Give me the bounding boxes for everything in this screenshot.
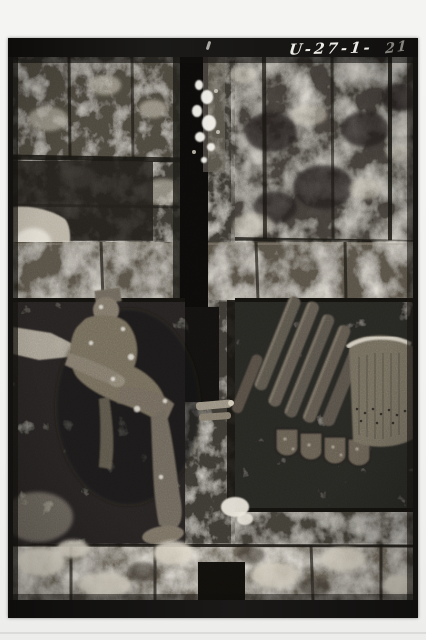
catalog-number: U-27-1- <box>288 38 374 58</box>
film-scratch-mark <box>206 41 212 50</box>
photo-annotation: U-27-1- 21 <box>288 36 408 58</box>
scan-artifact-line <box>0 632 426 634</box>
print-number: 21 <box>384 38 408 57</box>
photo-mount: U-27-1- 21 <box>0 0 426 640</box>
photo-frame: U-27-1- 21 <box>8 38 418 618</box>
vignette <box>13 57 413 600</box>
film-edge-top: U-27-1- 21 <box>8 38 418 57</box>
photo-image <box>13 57 413 600</box>
film-edge-bottom <box>8 600 418 618</box>
